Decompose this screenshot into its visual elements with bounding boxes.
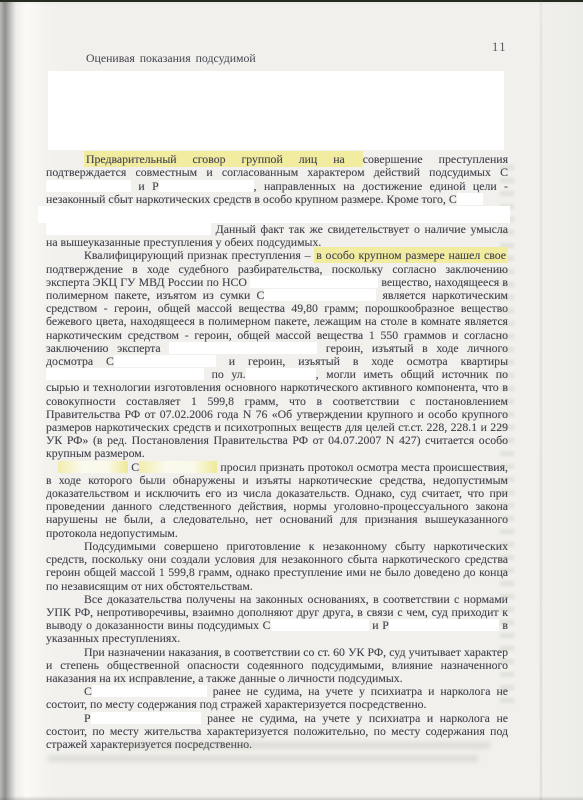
redacted-blank (114, 355, 216, 367)
redacted-blank (159, 180, 254, 192)
paragraph: С просил признать протокол осмотра места… (46, 461, 508, 540)
redacted-blank (169, 342, 317, 354)
paragraph: При назначении наказания, в соответствии… (46, 646, 508, 686)
document-content: Оценивая показания подсудимой Предварите… (46, 52, 508, 751)
redacted-blank (246, 368, 316, 380)
redacted-blank (139, 461, 217, 473)
redaction-block (38, 206, 510, 223)
paragraph: Все доказательства получены на законных … (46, 593, 508, 646)
redacted-blank (389, 619, 499, 631)
redacted-blank (91, 712, 201, 724)
redaction-block (48, 71, 504, 150)
paragraph: С ранее не судима, на учете у психиатра … (46, 685, 508, 711)
paragraph: Данный факт так же свидетельствует о нал… (46, 223, 508, 249)
text-run: Квалифицирующий признак преступления – (84, 248, 314, 262)
redacted-blank (46, 368, 204, 380)
text-run: и героин, изъятый в ходе осмотра квартир… (216, 354, 508, 368)
scanned-page: 11 Оценивая показания подсудимой Предвар… (0, 0, 583, 800)
opening-line: Оценивая показания подсудимой (86, 52, 508, 65)
redacted-blank (271, 619, 369, 631)
redacted-blank (46, 180, 131, 192)
paragraph: Квалифицирующий признак преступления – в… (46, 249, 508, 460)
redacted-blank (264, 289, 376, 301)
text-run: , могли иметь общий источник по сырью и … (46, 367, 508, 460)
redacted-blank (58, 461, 128, 473)
text-run: и Р (369, 618, 389, 632)
scan-seam (540, 0, 542, 800)
redacted-blank (92, 685, 207, 697)
redacted-blank (457, 193, 483, 205)
bleed-through-line (48, 755, 478, 762)
text-run: Р (84, 711, 91, 725)
scan-edge-top (0, 0, 583, 2)
redacted-blank (250, 276, 378, 288)
text-run: и Р (131, 179, 159, 193)
text-run: С (128, 460, 139, 474)
text-run: Подсудимыми совершено приготовление к не… (46, 539, 508, 593)
text-run: При назначении наказания, в соответствии… (46, 645, 508, 685)
bleed-through-line (120, 742, 490, 749)
document-paragraphs: Предварительный сговор группой лиц на со… (46, 153, 508, 751)
redacted-blank (46, 223, 211, 235)
text-run: С (84, 684, 92, 698)
paragraph: Предварительный сговор группой лиц на со… (46, 153, 508, 206)
text-run: по ул. (204, 367, 246, 381)
scan-edge-bottom (0, 796, 583, 800)
paragraph: Подсудимыми совершено приготовление к не… (46, 540, 508, 593)
